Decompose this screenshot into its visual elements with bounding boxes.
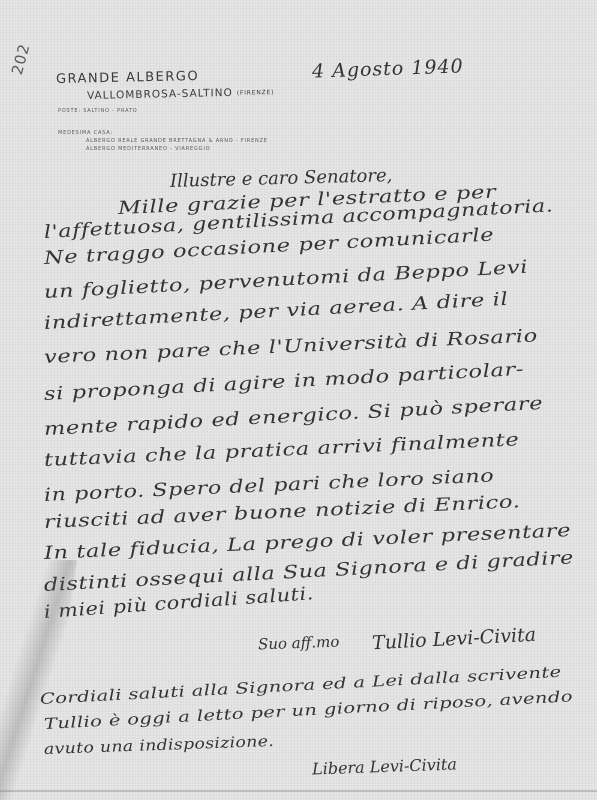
letterhead-title: GRANDE ALBERGO: [56, 69, 199, 87]
postscript-line: avuto una indisposizione.: [44, 732, 275, 758]
letterhead: GRANDE ALBERGO VALLOMBROSA-SALTINO(FIREN…: [56, 72, 199, 87]
letterhead-hotel-viareggio: ALBERGO MEDITERRANEO - VIAREGGIO: [86, 146, 210, 152]
letterhead-subtitle: VALLOMBROSA-SALTINO(FIRENZE): [87, 86, 274, 102]
letter-date: 4 Agosto 1940: [312, 55, 464, 82]
letterhead-medesima-label: MEDESIMA CASA:: [58, 130, 113, 136]
archive-number: 202: [8, 41, 34, 76]
letterhead-post-line: POSTE: SALTINO - PRATO: [58, 108, 138, 114]
letter-page: 202 GRANDE ALBERGO VALLOMBROSA-SALTINO(F…: [0, 0, 597, 800]
letterhead-location: VALLOMBROSA-SALTINO: [87, 87, 233, 102]
letter-closing: Suo aff.mo: [258, 633, 340, 654]
letterhead-province: (FIRENZE): [237, 89, 275, 97]
letterhead-hotel-firenze: ALBERGO REALE GRANDE BRETTAGNA & ARNO - …: [86, 138, 268, 144]
page-fold-shadow: [0, 560, 77, 800]
letter-signature: Tullio Levi-Civita: [372, 624, 537, 655]
page-bottom-edge: [0, 790, 597, 792]
postscript-signature: Libera Levi-Civita: [312, 754, 457, 778]
